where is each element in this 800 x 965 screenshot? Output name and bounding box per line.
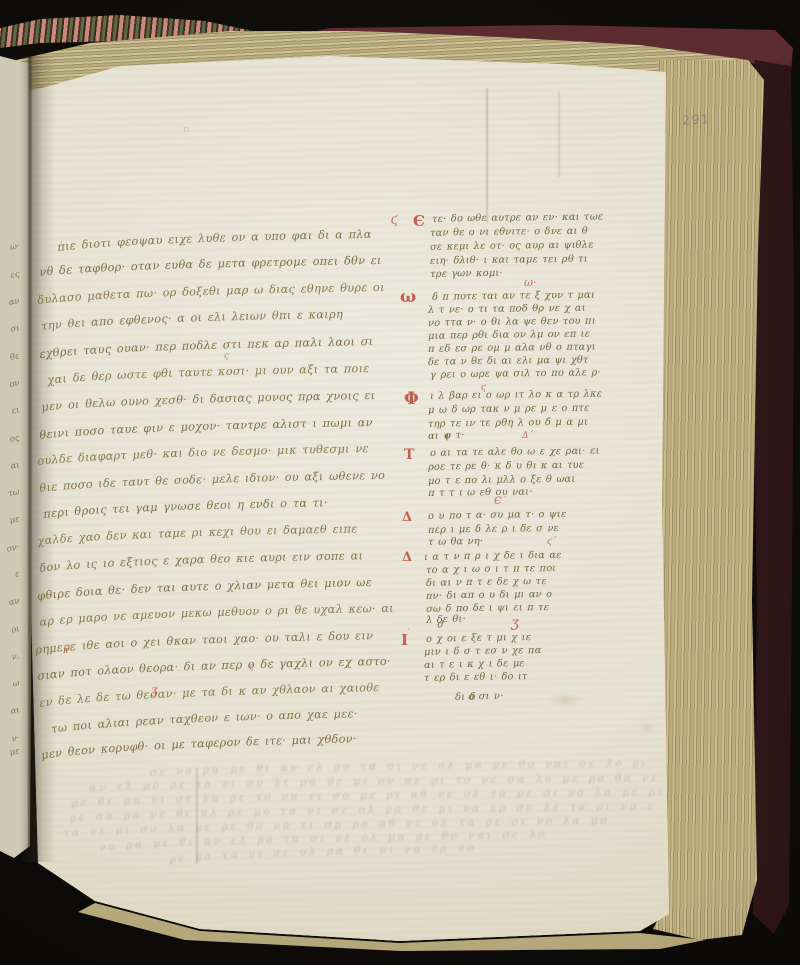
parchment-stain [636,722,658,734]
folio-number: 291 [682,111,711,127]
parchment-crease [196,768,198,863]
gutter-shadow [20,56,66,862]
parchment-crease [486,88,488,223]
parchment-crease [558,92,560,177]
manuscript-photo: π σε νο ρα με θι αν ελ ρο τα σι νε ολ μα… [0,0,800,965]
parchment-stain [548,692,582,708]
faint-quire-mark: π [183,124,190,135]
